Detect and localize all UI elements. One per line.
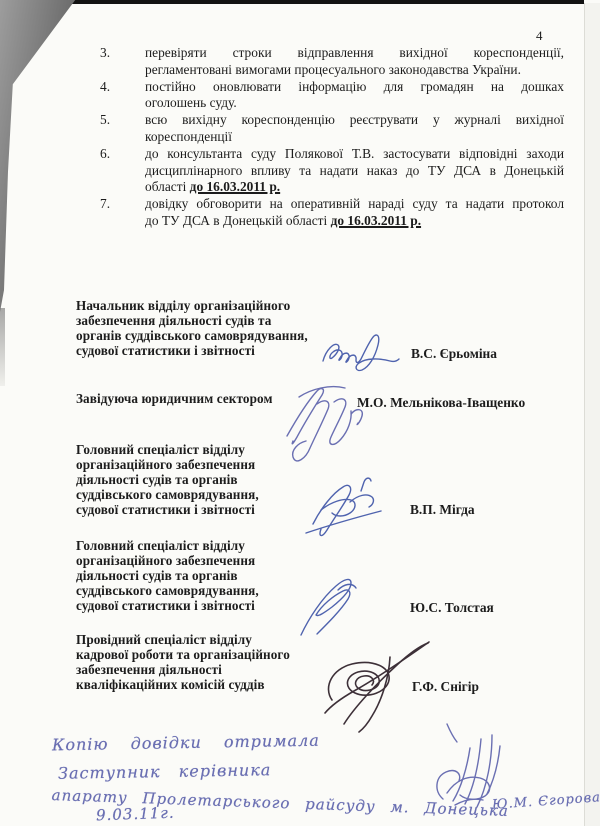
signatory-title-melnikova: Завідуюча юридичним сектором <box>76 392 273 407</box>
handwritten-note-line1: Копію довідки отримала <box>52 731 320 755</box>
handwritten-note-line2: Заступник керівника <box>58 760 272 783</box>
list-item-number: 4. <box>100 79 145 113</box>
signature-yeromina <box>323 335 399 370</box>
list-item-number: 7. <box>100 196 145 230</box>
scan-artifact-top-strip <box>68 0 584 4</box>
list-item: 6.до консультанта суду Полякової Т.В. за… <box>100 146 564 196</box>
resolution-list: 3.перевіряти строки відправлення вихідно… <box>100 45 564 230</box>
list-item-text: постійно оновлювати інформацію для грома… <box>145 79 564 113</box>
signatory-name-melnikova: М.О. Мельнікова-Іващенко <box>357 395 525 411</box>
handwritten-date: 9.03.11г. <box>96 804 175 825</box>
signatory-name-snigir: Г.Ф. Снігір <box>412 679 479 695</box>
list-item: 7.довідку обговорити на оперативній нара… <box>100 196 564 230</box>
signature-received-note <box>437 724 500 807</box>
scanned-document-page: 4 3.перевіряти строки відправлення вихід… <box>0 0 600 826</box>
signature-tolstaya <box>301 579 356 635</box>
list-item-number: 6. <box>100 146 145 196</box>
signatory-name-tolstaya: Ю.С. Толстая <box>410 600 494 616</box>
list-item-number: 3. <box>100 45 145 79</box>
deadline-emphasis: до 16.03.2011 р. <box>190 179 280 194</box>
list-item-text: до консультанта суду Полякової Т.В. заст… <box>145 146 564 196</box>
scan-artifact-page-edge <box>584 3 600 826</box>
list-item-text: всю вихідну кореспонденцію реєструвати у… <box>145 112 564 146</box>
list-item-text: довідку обговорити на оперативній нараді… <box>145 196 564 230</box>
list-item: 4.постійно оновлювати інформацію для гро… <box>100 79 564 113</box>
signatory-name-migda: В.П. Мігда <box>410 502 475 518</box>
list-item: 5.всю вихідну кореспонденцію реєструвати… <box>100 112 564 146</box>
signatory-name-yeromina: В.С. Єрьоміна <box>411 346 497 362</box>
signatory-title-tolstaya: Головний спеціаліст відділу організаційн… <box>76 539 259 614</box>
scan-artifact-corner-shadow <box>0 0 80 312</box>
list-item-text: перевіряти строки відправлення вихідної … <box>145 45 564 79</box>
list-item: 3.перевіряти строки відправлення вихідно… <box>100 45 564 79</box>
signature-melnikova <box>287 387 362 461</box>
scan-artifact-left-shadow <box>0 308 5 386</box>
signatory-title-yeromina: Начальник відділу організаційного забезп… <box>76 299 308 359</box>
list-item-number: 5. <box>100 112 145 146</box>
signature-migda <box>306 478 381 535</box>
signatory-title-migda: Головний спеціаліст відділу організаційн… <box>76 443 259 518</box>
deadline-emphasis: до 16.03.2011 р. <box>331 213 421 228</box>
signatory-title-snigir: Провідний спеціаліст відділу кадрової ро… <box>76 633 290 693</box>
page-number: 4 <box>536 28 543 44</box>
